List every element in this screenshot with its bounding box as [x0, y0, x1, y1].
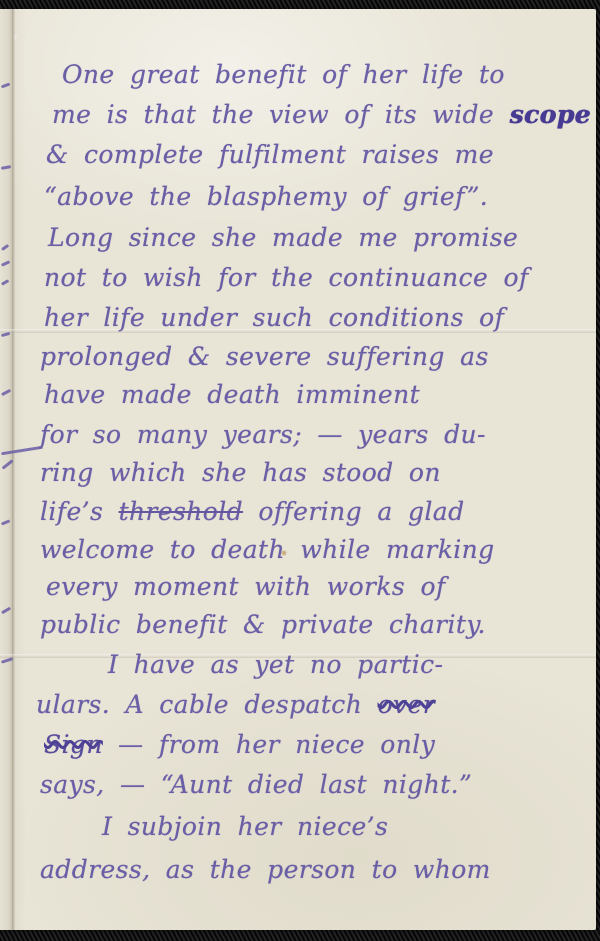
- handwritten-line: ring which she has stood on: [40, 458, 441, 488]
- handwriting-segment: says, — “Aunt died last night.”: [40, 770, 472, 799]
- handwriting-segment: public benefit & private charity.: [40, 610, 486, 639]
- handwritten-line: her life under such conditions of: [44, 303, 504, 333]
- handwriting-segment: threshold: [119, 497, 243, 526]
- handwritten-line: life’s threshold offering a glad: [40, 497, 465, 527]
- handwritten-line: welcome to death while marking: [40, 535, 495, 565]
- handwriting-segment: — from her niece only: [103, 730, 435, 759]
- handwriting-segment: for so many years; — years du-: [40, 420, 486, 449]
- handwritten-line: I subjoin her niece’s: [102, 812, 388, 842]
- handwriting-segment: “above the blasphemy of grief”.: [44, 182, 488, 211]
- handwritten-line: address, as the person to whom: [40, 855, 491, 885]
- handwriting-segment: One great benefit of her life to: [62, 60, 505, 89]
- handwriting-segment: Long since she made me promise: [48, 223, 518, 252]
- handwriting-segment: ulars. A cable despatch: [36, 690, 378, 719]
- handwriting-block: One great benefit of her life tome is th…: [0, 0, 600, 941]
- handwritten-line: public benefit & private charity.: [40, 610, 486, 640]
- handwritten-line: says, — “Aunt died last night.”: [40, 770, 472, 800]
- handwritten-line: not to wish for the continuance of: [44, 263, 529, 293]
- handwriting-segment: welcome to death while marking: [40, 535, 495, 564]
- handwritten-line: & complete fulfilment raises me: [46, 140, 494, 170]
- handwritten-line: One great benefit of her life to: [62, 60, 505, 90]
- handwriting-segment: every moment with works of: [46, 572, 446, 601]
- handwriting-segment: have made death imminent: [44, 380, 420, 409]
- handwriting-segment: her life under such conditions of: [44, 303, 504, 332]
- struck-out-word: Sign: [44, 730, 103, 759]
- handwritten-line: have made death imminent: [44, 380, 420, 410]
- handwriting-segment: prolonged & severe suffering as: [40, 342, 489, 371]
- handwritten-line: ulars. A cable despatch over: [36, 690, 435, 720]
- handwritten-line: for so many years; — years du-: [40, 420, 486, 450]
- scanned-letter-photo: One great benefit of her life tome is th…: [0, 0, 600, 941]
- handwriting-segment: offering a glad: [243, 497, 464, 526]
- overwritten-word: scope: [509, 100, 590, 129]
- handwritten-line: prolonged & severe suffering as: [40, 342, 489, 372]
- handwritten-line: every moment with works of: [46, 572, 446, 602]
- handwriting-segment: ring which she has stood on: [40, 458, 441, 487]
- handwritten-line: “above the blasphemy of grief”.: [44, 182, 488, 212]
- handwriting-segment: life’s: [40, 497, 119, 526]
- handwriting-segment: I subjoin her niece’s: [102, 812, 388, 841]
- struck-out-word: over: [378, 690, 436, 719]
- handwritten-line: Sign — from her niece only: [44, 730, 435, 760]
- handwriting-segment: me is that the view of its wide: [52, 100, 509, 129]
- handwritten-line: Long since she made me promise: [48, 223, 518, 253]
- handwriting-segment: not to wish for the continuance of: [44, 263, 529, 292]
- handwriting-segment: I have as yet no partic-: [108, 650, 443, 679]
- handwriting-segment: & complete fulfilment raises me: [46, 140, 494, 169]
- handwritten-line: me is that the view of its wide scope: [52, 100, 591, 130]
- handwritten-line: I have as yet no partic-: [108, 650, 443, 680]
- handwriting-segment: address, as the person to whom: [40, 855, 491, 884]
